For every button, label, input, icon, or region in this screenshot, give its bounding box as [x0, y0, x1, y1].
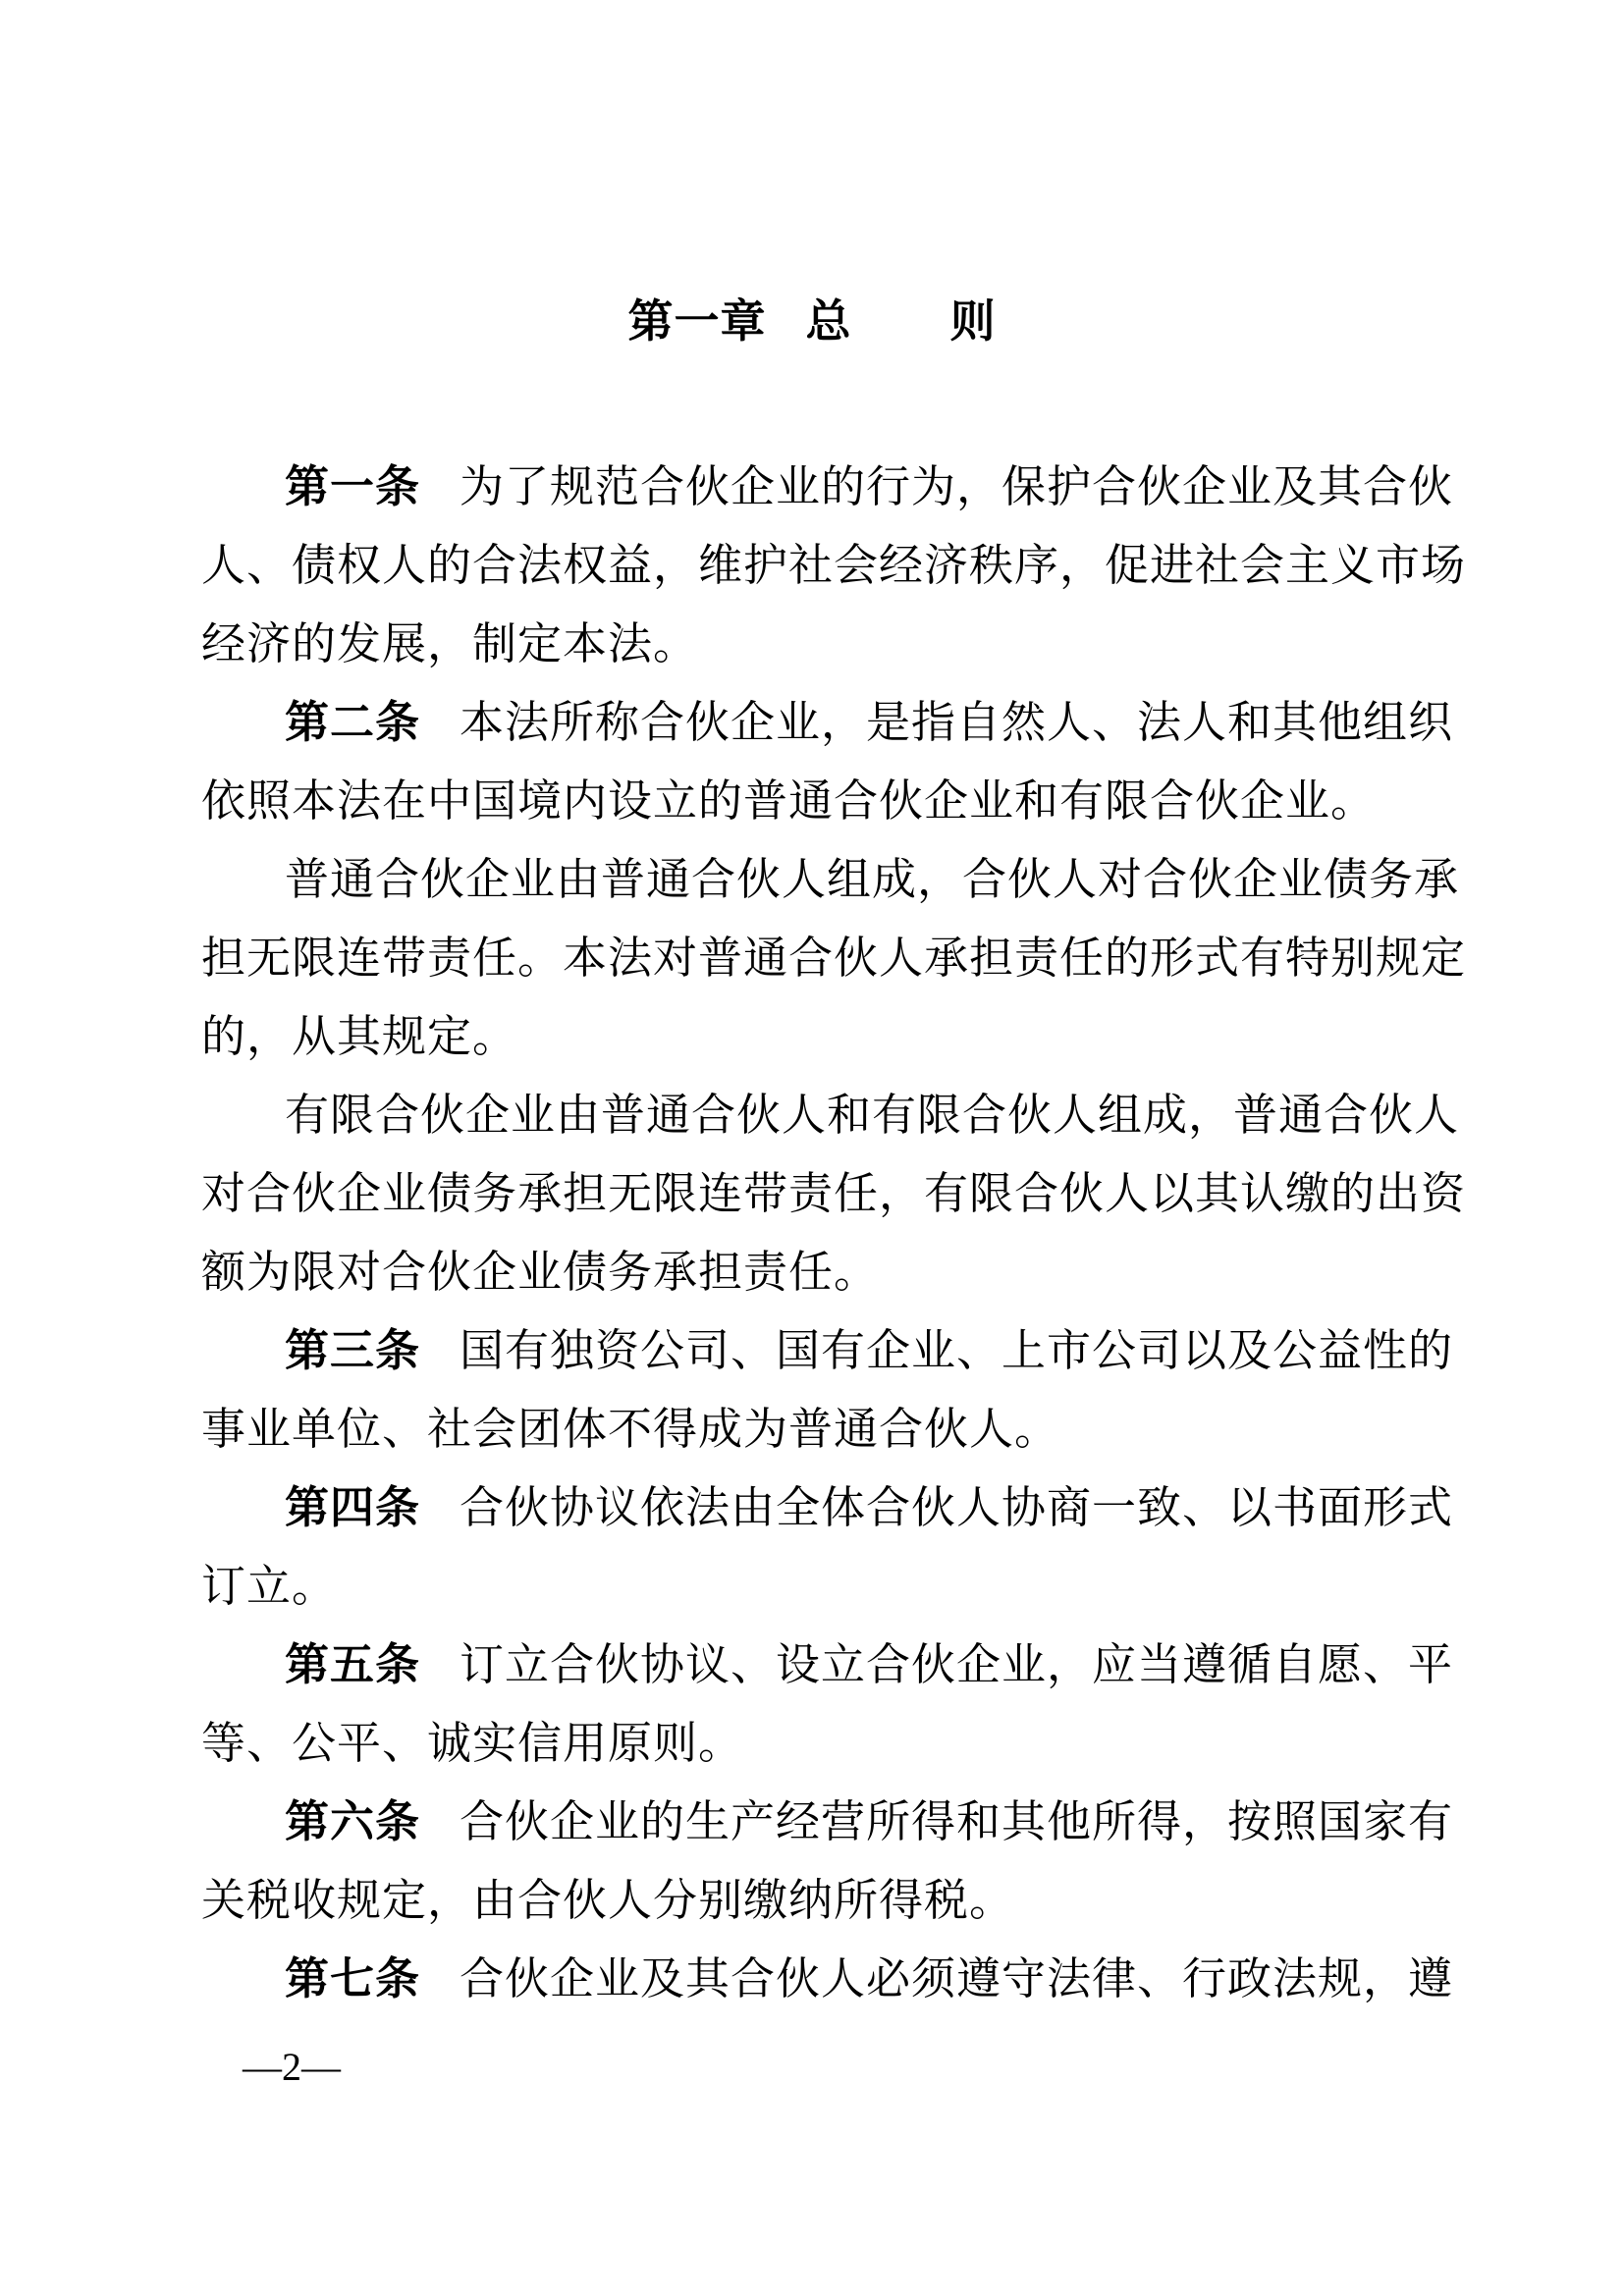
line-text: 等、公平、诚实信用原则。: [201, 1719, 743, 1768]
line-text: 订立。: [201, 1562, 337, 1611]
text-line: 的，从其规定。: [201, 997, 1438, 1076]
line-text: 合伙企业及其合伙人必须遵守法律、行政法规，遵: [460, 1954, 1453, 2003]
text-line: 担无限连带责任。本法对普通合伙人承担责任的形式有特别规定: [201, 919, 1438, 997]
line-text: 依照本法在中国境内设立的普通合伙企业和有限合伙企业。: [201, 776, 1376, 826]
text-line: 对合伙企业债务承担无限连带责任，有限合伙人以其认缴的出资: [201, 1154, 1438, 1233]
chapter-title-word-1: 总: [806, 295, 852, 347]
line-text: 合伙企业的生产经营所得和其他所得，按照国家有: [460, 1797, 1453, 1846]
text-line: 订立。: [201, 1547, 1438, 1626]
text-line: 第七条合伙企业及其合伙人必须遵守法律、行政法规，遵: [201, 1940, 1438, 2018]
text-line: 事业单位、社会团体不得成为普通合伙人。: [201, 1390, 1438, 1468]
chapter-title-number: 第一章: [628, 295, 767, 347]
line-text: 本法所称合伙企业，是指自然人、法人和其他组织: [460, 698, 1453, 747]
chapter-title: 第一章总则: [0, 294, 1624, 347]
article-number: 第六条: [285, 1796, 420, 1846]
line-text: 订立合伙协议、设立合伙企业，应当遵循自愿、平: [460, 1640, 1453, 1689]
text-line: 有限合伙企业由普通合伙人和有限合伙人组成，普通合伙人: [201, 1076, 1438, 1154]
text-line: 第三条国有独资公司、国有企业、上市公司以及公益性的: [201, 1311, 1438, 1390]
text-line: 第四条合伙协议依法由全体合伙人协商一致、以书面形式: [201, 1468, 1438, 1547]
line-text: 的，从其规定。: [201, 1012, 517, 1061]
line-text: 事业单位、社会团体不得成为普通合伙人。: [201, 1405, 1059, 1454]
article-number: 第三条: [285, 1325, 420, 1375]
text-line: 关税收规定，由合伙人分别缴纳所得税。: [201, 1861, 1438, 1940]
chapter-title-word-2: 则: [950, 295, 997, 347]
article-number: 第五条: [285, 1639, 420, 1689]
text-line: 等、公平、诚实信用原则。: [201, 1704, 1438, 1783]
line-text: 关税收规定，由合伙人分别缴纳所得税。: [201, 1876, 1014, 1925]
article-number: 第七条: [285, 1953, 420, 2003]
article-number: 第四条: [285, 1482, 420, 1532]
text-line: 普通合伙企业由普通合伙人组成，合伙人对合伙企业债务承: [201, 840, 1438, 919]
line-text: 对合伙企业债务承担无限连带责任，有限合伙人以其认缴的出资: [201, 1169, 1466, 1218]
page-number: —2—: [243, 2048, 341, 2087]
text-line: 额为限对合伙企业债务承担责任。: [201, 1233, 1438, 1311]
text-line: 人、债权人的合法权益，维护社会经济秩序，促进社会主义市场: [201, 526, 1438, 605]
text-line: 第五条订立合伙协议、设立合伙企业，应当遵循自愿、平: [201, 1626, 1438, 1704]
article-number: 第一条: [285, 461, 420, 511]
document-page: 第一章总则 第一条为了规范合伙企业的行为，保护合伙企业及其合伙人、债权人的合法权…: [0, 0, 1624, 2296]
line-text: 普通合伙企业由普通合伙人组成，合伙人对合伙企业债务承: [285, 855, 1459, 904]
line-text: 合伙协议依法由全体合伙人协商一致、以书面形式: [460, 1483, 1453, 1532]
text-line: 第一条为了规范合伙企业的行为，保护合伙企业及其合伙: [201, 448, 1438, 526]
text-line: 第二条本法所称合伙企业，是指自然人、法人和其他组织: [201, 683, 1438, 762]
line-text: 经济的发展，制定本法。: [201, 619, 698, 668]
line-text: 为了规范合伙企业的行为，保护合伙企业及其合伙: [460, 462, 1453, 511]
line-text: 人、债权人的合法权益，维护社会经济秩序，促进社会主义市场: [201, 541, 1466, 590]
text-line: 依照本法在中国境内设立的普通合伙企业和有限合伙企业。: [201, 762, 1438, 840]
article-number: 第二条: [285, 697, 420, 747]
text-line: 第六条合伙企业的生产经营所得和其他所得，按照国家有: [201, 1783, 1438, 1861]
document-body: 第一条为了规范合伙企业的行为，保护合伙企业及其合伙人、债权人的合法权益，维护社会…: [201, 448, 1438, 2018]
line-text: 国有独资公司、国有企业、上市公司以及公益性的: [460, 1326, 1453, 1375]
line-text: 有限合伙企业由普通合伙人和有限合伙人组成，普通合伙人: [285, 1091, 1459, 1140]
line-text: 额为限对合伙企业债务承担责任。: [201, 1248, 879, 1297]
line-text: 担无限连带责任。本法对普通合伙人承担责任的形式有特别规定: [201, 934, 1466, 983]
text-line: 经济的发展，制定本法。: [201, 605, 1438, 683]
